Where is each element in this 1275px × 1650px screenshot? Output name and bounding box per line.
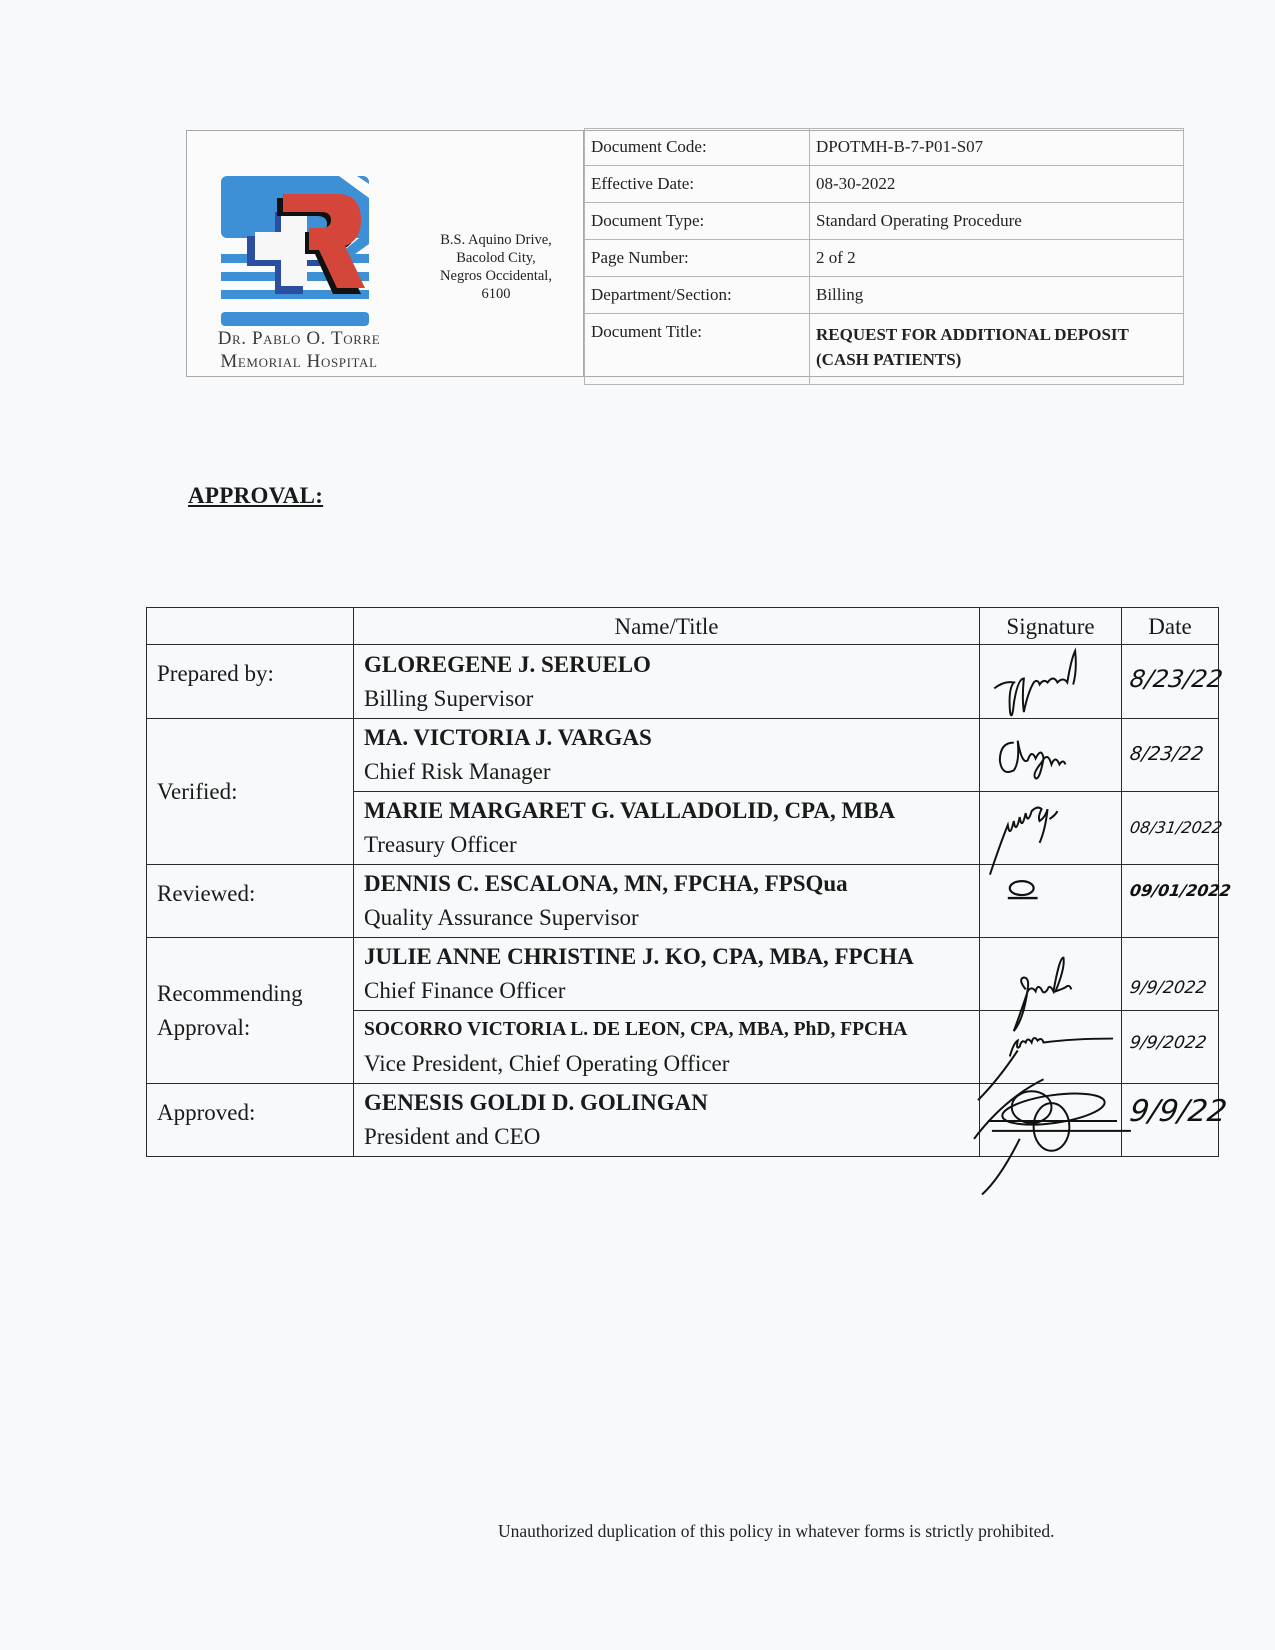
date-cell: 8/23/22: [1122, 645, 1219, 719]
name-title-cell: JULIE ANNE CHRISTINE J. KO, CPA, MBA, FP…: [354, 938, 980, 1011]
column-header-role: [147, 608, 354, 645]
info-row-page-number: Page Number: 2 of 2: [585, 240, 1184, 277]
date-cell: 8/23/22: [1122, 719, 1219, 792]
info-label: Document Code:: [585, 129, 810, 166]
person-title: Chief Finance Officer: [364, 974, 969, 1008]
person-name: GENESIS GOLDI D. GOLINGAN: [364, 1086, 969, 1120]
signed-date: 8/23/22: [1128, 743, 1204, 765]
approval-table: Name/Title Signature Date Prepared by: G…: [146, 607, 1219, 1157]
document-type-value: Standard Operating Procedure: [810, 203, 1184, 240]
name-title-cell: MA. VICTORIA J. VARGAS Chief Risk Manage…: [354, 719, 980, 792]
handwritten-signature-icon: [980, 645, 1121, 718]
name-title-cell: MARIE MARGARET G. VALLADOLID, CPA, MBA T…: [354, 792, 980, 865]
info-row-department: Department/Section: Billing: [585, 277, 1184, 314]
approval-heading: APPROVAL:: [188, 483, 323, 509]
role-label-approved: Approved:: [147, 1084, 354, 1157]
date-cell: 08/31/2022: [1122, 792, 1219, 865]
signed-date: 8/23/22: [1128, 665, 1224, 693]
column-header-date: Date: [1122, 608, 1219, 645]
table-row: Prepared by: GLOREGENE J. SERUELO Billin…: [147, 645, 1219, 719]
role-label-line2: Approval:: [157, 1011, 343, 1045]
column-header-signature: Signature: [980, 608, 1122, 645]
person-name: GLOREGENE J. SERUELO: [364, 648, 969, 682]
name-title-cell: GLOREGENE J. SERUELO Billing Supervisor: [354, 645, 980, 719]
person-title: Treasury Officer: [364, 828, 969, 862]
role-label-verified: Verified:: [147, 719, 354, 865]
table-row: Approved: GENESIS GOLDI D. GOLINGAN Pres…: [147, 1084, 1219, 1157]
signature-cell: [980, 1011, 1122, 1084]
signed-date: 09/01/2022: [1129, 881, 1232, 900]
signature-cell: [980, 792, 1122, 865]
date-cell: 9/9/2022: [1122, 1011, 1219, 1084]
document-title-line1: REQUEST FOR ADDITIONAL DEPOSIT: [816, 322, 1177, 347]
hospital-name: Dr. Pablo O. Torre Memorial Hospital: [189, 327, 409, 373]
signed-date: 08/31/2022: [1129, 818, 1224, 837]
signature-cell: [980, 938, 1122, 1011]
handwritten-signature-icon: [980, 1011, 1121, 1083]
approval-header-row: Name/Title Signature Date: [147, 608, 1219, 645]
hospital-name-line2: Memorial Hospital: [189, 350, 409, 373]
signature-cell: [980, 865, 1122, 938]
handwritten-signature-icon: [980, 1084, 1121, 1156]
role-label-line1: Recommending: [157, 977, 343, 1011]
person-title: President and CEO: [364, 1120, 969, 1154]
signed-date: 9/9/2022: [1129, 978, 1208, 998]
name-title-cell: DENNIS C. ESCALONA, MN, FPCHA, FPSQua Qu…: [354, 865, 980, 938]
address-line: B.S. Aquino Drive,: [411, 231, 581, 249]
info-row-document-type: Document Type: Standard Operating Proced…: [585, 203, 1184, 240]
department-value: Billing: [810, 277, 1184, 314]
handwritten-signature-icon: [980, 865, 1121, 937]
table-row: Verified: MA. VICTORIA J. VARGAS Chief R…: [147, 719, 1219, 792]
date-cell: 9/9/2022: [1122, 938, 1219, 1011]
hospital-cross-r-logo-icon: [221, 176, 375, 326]
person-title: Quality Assurance Supervisor: [364, 901, 969, 935]
info-label: Document Title:: [585, 314, 810, 385]
person-name: DENNIS C. ESCALONA, MN, FPCHA, FPSQua: [364, 867, 969, 901]
signature-cell: [980, 719, 1122, 792]
person-name: MA. VICTORIA J. VARGAS: [364, 721, 969, 755]
address-line: Negros Occidental,: [411, 267, 581, 285]
table-row: Recommending Approval: JULIE ANNE CHRIST…: [147, 938, 1219, 1011]
hospital-address: B.S. Aquino Drive, Bacolod City, Negros …: [411, 231, 581, 303]
duplication-notice: Unauthorized duplication of this policy …: [498, 1521, 1054, 1542]
document-code-value: DPOTMH-B-7-P01-S07: [810, 129, 1184, 166]
info-row-effective-date: Effective Date: 08-30-2022: [585, 166, 1184, 203]
document-title-value: REQUEST FOR ADDITIONAL DEPOSIT (CASH PAT…: [810, 314, 1184, 385]
role-label-reviewed: Reviewed:: [147, 865, 354, 938]
handwritten-signature-icon: [980, 792, 1121, 864]
person-title: Chief Risk Manager: [364, 755, 969, 789]
page-number-value: 2 of 2: [810, 240, 1184, 277]
person-title: Billing Supervisor: [364, 682, 969, 716]
info-label: Document Type:: [585, 203, 810, 240]
role-label-prepared: Prepared by:: [147, 645, 354, 719]
name-title-cell: SOCORRO VICTORIA L. DE LEON, CPA, MBA, P…: [354, 1011, 980, 1084]
person-name: MARIE MARGARET G. VALLADOLID, CPA, MBA: [364, 794, 969, 828]
date-cell: 09/01/2022: [1122, 865, 1219, 938]
effective-date-value: 08-30-2022: [810, 166, 1184, 203]
table-row: Reviewed: DENNIS C. ESCALONA, MN, FPCHA,…: [147, 865, 1219, 938]
document-header: Dr. Pablo O. Torre Memorial Hospital B.S…: [186, 130, 1184, 377]
column-header-name-title: Name/Title: [354, 608, 980, 645]
handwritten-signature-icon: [980, 719, 1121, 791]
signature-cell: [980, 645, 1122, 719]
address-line: 6100: [411, 285, 581, 303]
info-row-document-code: Document Code: DPOTMH-B-7-P01-S07: [585, 129, 1184, 166]
document-title-line2: (CASH PATIENTS): [816, 347, 1177, 372]
person-name: SOCORRO VICTORIA L. DE LEON, CPA, MBA, P…: [364, 1013, 969, 1047]
date-cell: 9/9/22: [1122, 1084, 1219, 1157]
info-label: Department/Section:: [585, 277, 810, 314]
document-info-table: Document Code: DPOTMH-B-7-P01-S07 Effect…: [584, 128, 1184, 385]
signed-date: 9/9/2022: [1129, 1033, 1208, 1053]
signed-date: 9/9/22: [1128, 1094, 1229, 1129]
person-title: Vice President, Chief Operating Officer: [364, 1047, 969, 1081]
hospital-name-line1: Dr. Pablo O. Torre: [189, 327, 409, 350]
address-line: Bacolod City,: [411, 249, 581, 267]
role-label-recommending-approval: Recommending Approval:: [147, 938, 354, 1084]
info-row-document-title: Document Title: REQUEST FOR ADDITIONAL D…: [585, 314, 1184, 385]
hospital-identity: Dr. Pablo O. Torre Memorial Hospital B.S…: [187, 131, 584, 376]
signature-cell: [980, 1084, 1122, 1157]
info-label: Effective Date:: [585, 166, 810, 203]
handwritten-signature-icon: [980, 938, 1121, 1010]
name-title-cell: GENESIS GOLDI D. GOLINGAN President and …: [354, 1084, 980, 1157]
person-name: JULIE ANNE CHRISTINE J. KO, CPA, MBA, FP…: [364, 940, 969, 974]
info-label: Page Number:: [585, 240, 810, 277]
